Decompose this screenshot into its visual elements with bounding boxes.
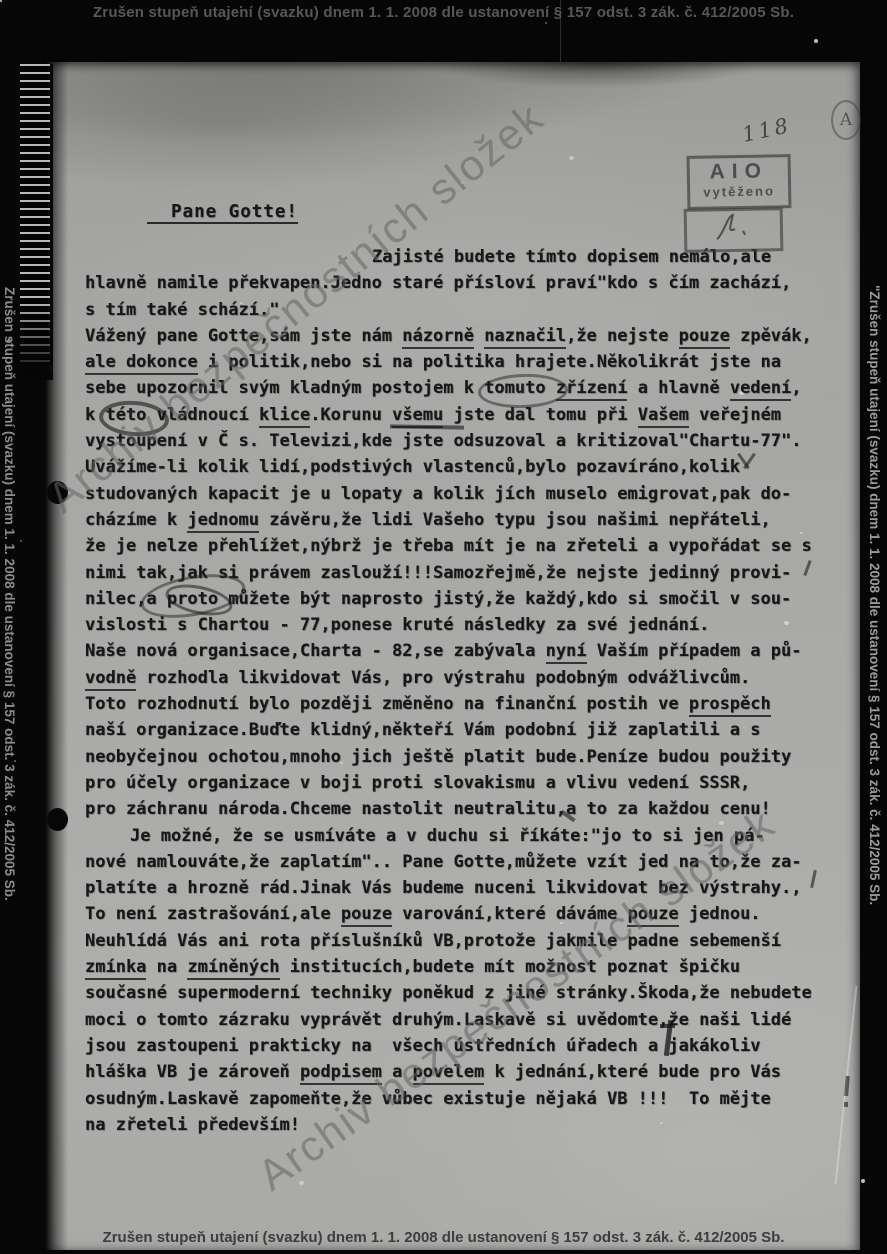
typed-text: pro účely organizace v boji proti slovak… bbox=[85, 773, 750, 793]
circled-letter-mark: A bbox=[831, 100, 861, 140]
typed-text: jste dal tomu při bbox=[443, 405, 637, 425]
typed-text: Naše nová organisace,Charta - 82,se zabý… bbox=[85, 641, 546, 661]
letter-line: hlavně namile překvapen.Jedno staré přís… bbox=[85, 270, 830, 296]
underlined-text: nyní bbox=[546, 641, 587, 664]
typed-text: jednou. bbox=[679, 904, 761, 924]
typed-text: pro záchranu národa.Chceme nastolit neut… bbox=[85, 799, 771, 819]
typed-text: i politik,nebo si na politika hrajete.Ně… bbox=[198, 352, 781, 372]
typed-text: neobyčejnou ochotou,mnoho jich ještě pla… bbox=[85, 747, 791, 767]
declassification-watermark-top: Zrušen stupeň utajení (svazku) dnem 1. 1… bbox=[0, 4, 887, 21]
letter-line: pro záchranu národa.Chceme nastolit neut… bbox=[85, 796, 830, 822]
typed-text: studovaných kapacit je u lopaty a kolik … bbox=[85, 484, 791, 504]
letter-line: vystoupení v Č s. Televizi,kde jste odsu… bbox=[85, 428, 830, 454]
underlined-text: naznačil bbox=[484, 326, 566, 349]
letter-line: Naše nová organisace,Charta - 82,se zabý… bbox=[85, 638, 830, 664]
letter-line: cházíme k jednomu závěru,že lidi Vašeho … bbox=[85, 507, 830, 533]
declassification-watermark-bottom: Zrušen stupeň utajení (svazku) dnem 1. 1… bbox=[0, 1229, 887, 1246]
letter-salutation: Pane Gotte! bbox=[147, 202, 298, 224]
typed-text: Vaším případem a pů- bbox=[587, 641, 802, 661]
typed-text: hlavně namile překvapen.Jedno staré přís… bbox=[85, 273, 791, 293]
letter-line: naší organizace.Buďte klidný,někteří Vám… bbox=[85, 717, 830, 743]
declassification-watermark-right: "Zrušen stupeň utajení (svazku) dnem 1. … bbox=[867, 285, 882, 905]
typed-text: k jednání,které bude pro Vás bbox=[484, 1062, 781, 1082]
letter-line: studovaných kapacit je u lopaty a kolik … bbox=[85, 481, 830, 507]
typed-text: Toto rozhodnutí bylo později změněno na … bbox=[85, 694, 689, 714]
pencil-exclamation-dot bbox=[844, 1102, 848, 1107]
underlined-text: prospěch bbox=[689, 694, 771, 717]
letter-line: neobyčejnou ochotou,mnoho jich ještě pla… bbox=[85, 744, 830, 770]
underlined-text: klice bbox=[259, 405, 310, 428]
letter-line: Toto rozhodnutí bylo později změněno na … bbox=[85, 691, 830, 717]
typed-text: zpěvák, bbox=[730, 326, 812, 346]
pencil-cross-line31-horizontal bbox=[660, 1024, 675, 1028]
typed-text: vystoupení v Č s. Televizi,kde jste odsu… bbox=[85, 431, 801, 451]
letter-line: vislosti s Chartou - 77,ponese kruté nás… bbox=[85, 612, 830, 638]
archive-stamp: AIO vytěženo bbox=[687, 154, 792, 210]
typed-text: Uvážíme-li kolik lidí,podstivých vlasten… bbox=[85, 457, 740, 477]
declassification-watermark-left: Zrušen stupeň utajení (svazku) dnem 1. 1… bbox=[2, 287, 17, 901]
typed-text: cházíme k bbox=[85, 510, 187, 530]
letter-line: současné supermoderní techniky poněkud z… bbox=[85, 980, 830, 1006]
letter-line: Vážený pane Gotte,sám jste nám názorně n… bbox=[85, 323, 830, 349]
letter-line: vodně rozhodla likvidovat Vás, pro výstr… bbox=[85, 665, 830, 691]
binding-fade bbox=[20, 300, 53, 380]
typed-text: rozhodla likvidovat Vás, pro výstrahu po… bbox=[136, 668, 750, 688]
stamp-text-aio: AIO bbox=[690, 159, 788, 185]
letter-line: s tím také schází." bbox=[85, 297, 830, 323]
stamp-text-vytezeno: vytěženo bbox=[690, 183, 788, 200]
typed-text: na bbox=[146, 957, 187, 977]
typed-text: na zřeteli především! bbox=[85, 1115, 300, 1135]
typed-text: ,že nejste bbox=[566, 326, 679, 346]
stamp-signature-squiggle bbox=[687, 210, 775, 244]
underlined-text: vedení bbox=[730, 378, 791, 401]
underlined-text: jednomu bbox=[187, 510, 259, 533]
letter-line: Uvážíme-li kolik lidí,podstivých vlasten… bbox=[85, 454, 830, 480]
underlined-text: vodně bbox=[85, 668, 136, 691]
typed-text: hláška VB je zároveň bbox=[85, 1062, 300, 1082]
typed-text: Je možné, že se usmíváte a v duchu si ří… bbox=[130, 826, 765, 846]
typed-text: Neuhlídá Vás ani rota příslušníků VB,pro… bbox=[85, 931, 781, 951]
underlined-text: zmíněných bbox=[187, 957, 279, 980]
typed-text: naší organizace.Buďte klidný,někteří Vám… bbox=[85, 720, 761, 740]
underlined-text: názorně bbox=[402, 326, 474, 349]
letter-line: že je nelze přehlížet,nýbrž je třeba mít… bbox=[85, 533, 830, 559]
underlined-text: pouze bbox=[679, 326, 730, 349]
underlined-text: Vašem bbox=[638, 405, 689, 428]
typed-text: veřejném bbox=[689, 405, 781, 425]
typed-text: vislosti s Chartou - 77,ponese kruté nás… bbox=[85, 615, 709, 635]
letter-line: zmínka na zmíněných institucích,budete m… bbox=[85, 954, 830, 980]
scan-dust-specks bbox=[0, 0, 2, 2]
underlined-text: pouze bbox=[341, 904, 392, 927]
typed-text: To není zastrašování,ale bbox=[85, 904, 341, 924]
stamp-signature-box bbox=[684, 207, 784, 253]
typed-letter-body: Pane Gotte! Zajisté budete tímto dopisem… bbox=[85, 202, 830, 1138]
punch-hole-bottom bbox=[47, 808, 68, 831]
typed-text: závěru,že lidi Vašeho typu jsou našimi n… bbox=[259, 510, 771, 530]
letter-line: To není zastrašování,ale pouze varování,… bbox=[85, 901, 830, 927]
letter-line: osudným.Laskavě zapomeňte,že vůbec exist… bbox=[85, 1086, 830, 1112]
typed-text bbox=[474, 326, 484, 346]
archival-scan-page: AIO vytěženo 118 A Pane Gotte! Zajisté b… bbox=[0, 0, 887, 1254]
letter-line: na zřeteli především! bbox=[85, 1112, 830, 1138]
typed-text: že je nelze přehlížet,nýbrž je třeba mít… bbox=[85, 536, 812, 556]
typed-text: , bbox=[791, 378, 801, 398]
underlined-text: zmínka bbox=[85, 957, 146, 980]
typed-text: .Korunu bbox=[310, 405, 392, 425]
letter-line: Neuhlídá Vás ani rota příslušníků VB,pro… bbox=[85, 928, 830, 954]
letter-line: pro účely organizace v boji proti slovak… bbox=[85, 770, 830, 796]
typed-text: a hlavně bbox=[627, 378, 729, 398]
typed-text: současné supermoderní techniky poněkud z… bbox=[85, 983, 812, 1003]
